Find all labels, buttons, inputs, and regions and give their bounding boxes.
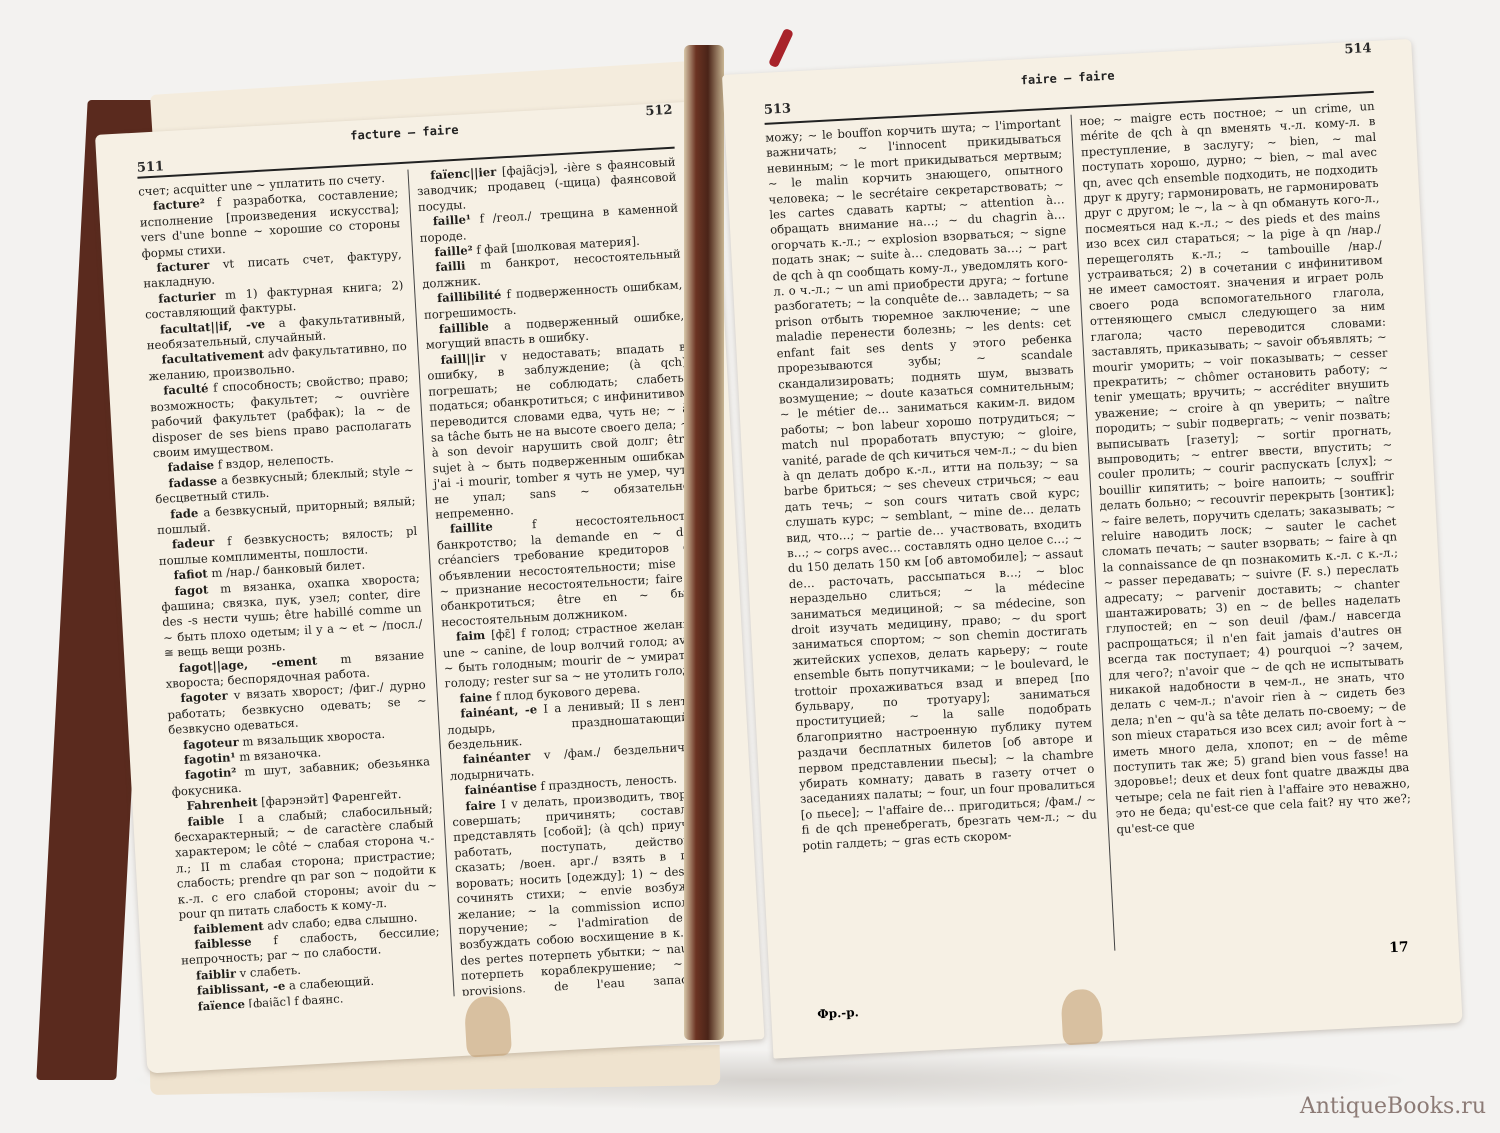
book-spine (684, 45, 724, 1040)
headword: faillite (450, 520, 494, 536)
headword: fagoter (180, 689, 228, 706)
dictionary-columns: счет; acquitter une ~ уплатить по счету.… (138, 155, 721, 1012)
page-number: 511 (137, 159, 165, 175)
right-page: faire — faire 513 514 можу; ~ le bouffon… (722, 39, 1463, 1059)
dictionary-entry: faculté f способность; свойство; право; … (149, 370, 412, 461)
printer-signature: Фр.-р. (817, 1005, 859, 1021)
headword: faible (187, 813, 225, 829)
bookmark-ribbon (768, 28, 794, 68)
watermark: AntiqueBooks.ru (1300, 1094, 1486, 1119)
water-stain (1060, 988, 1103, 1045)
headword: fagot (174, 582, 208, 598)
dictionary-entry: faillite f несостоятельность, банкротств… (436, 508, 701, 630)
dictionary-column-left: можу; ~ le bouffon корчить шута; ~ l'imp… (765, 115, 1104, 966)
dictionary-entry: faill||ir v недоставать; впадать в ошибк… (426, 339, 695, 523)
definition: можу; ~ le bouffon корчить шута; ~ l'imp… (765, 115, 1097, 852)
dictionary-entry: ное; ~ maigre есть постное; ~ un crime, … (1079, 99, 1412, 838)
dictionary-column-right: faïenc||ier [фаjãсjэ], -ière s фаянсовый… (407, 155, 721, 997)
headword: fagotin² (184, 766, 236, 783)
sheet-number: 17 (1389, 939, 1409, 956)
dictionary-entry: fagot m вязанка, охапка хвороста; фашина… (160, 570, 423, 661)
left-page: facture — faire 511 512 счет; acquitter … (95, 101, 765, 1074)
headword: failli (435, 259, 466, 275)
dictionary-entry: faire I v делать, производить, творить, … (451, 785, 721, 996)
headword: faïence (197, 997, 245, 1012)
headword: faculté (163, 381, 209, 397)
dictionary-columns: можу; ~ le bouffon корчить шута; ~ l'imp… (765, 99, 1418, 967)
photo-scene: facture — faire 511 512 счет; acquitter … (0, 0, 1500, 1133)
dictionary-column-left: счет; acquitter une ~ уплатить по счету.… (138, 170, 443, 1011)
headword: facture² (153, 196, 206, 213)
definition: I v делать, производить, творить, соверш… (452, 785, 721, 996)
headword: faire (465, 797, 496, 813)
headword: faiblesse (194, 934, 252, 951)
headword: faille² (434, 243, 473, 259)
headword: faine (459, 690, 492, 706)
headword: faill||ir (440, 350, 485, 366)
headword: fagoteur (183, 735, 239, 752)
headword: faille¹ (432, 212, 471, 228)
definition: ное; ~ maigre есть постное; ~ un crime, … (1079, 99, 1411, 836)
headword: fade (170, 505, 199, 521)
page-number: 512 (645, 103, 673, 119)
headword: fagotin¹ (184, 750, 236, 767)
water-stain (464, 995, 512, 1057)
headword: faillible (438, 319, 489, 336)
dictionary-column-right: ное; ~ maigre есть постное; ~ un crime, … (1070, 99, 1418, 951)
headword: faiblir (196, 966, 237, 982)
headword: facturer (156, 258, 210, 275)
headword: facturier (158, 288, 216, 305)
headword: fadeur (172, 535, 215, 551)
headword: fafiot (173, 567, 208, 583)
dictionary-entry: можу; ~ le bouffon корчить шута; ~ l'imp… (765, 115, 1098, 854)
definition: v недоставать; впадать в ошибку, в заблу… (427, 339, 694, 521)
dictionary-entry: faible I a слабый; слабосильный; бесхара… (173, 801, 438, 923)
page-number: 514 (1344, 41, 1372, 57)
headword: fadasse (168, 473, 217, 490)
page-number: 513 (764, 101, 792, 117)
headword: faim (456, 628, 486, 644)
headword: fadaise (167, 458, 214, 475)
